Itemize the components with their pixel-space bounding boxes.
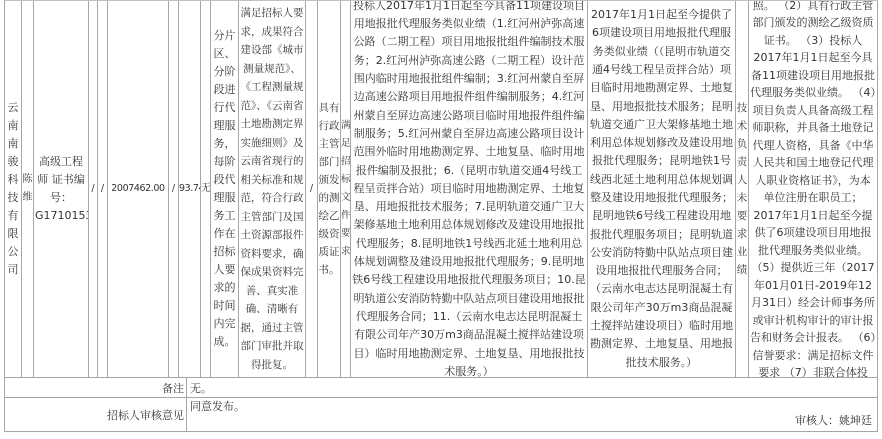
leader-performance-cell: 2017年1月1日起至今提供了6项建设项目用地报批代理服务类似业绩（（昆明市轨道… (588, 1, 736, 377)
bid-price: 2007462.00 (108, 180, 168, 198)
project-leader-name: 陈维 (22, 171, 33, 207)
review-opinion-label-cell: 招标人审核意见 (5, 398, 187, 431)
score-cell: 93.74 (179, 1, 201, 377)
bid-review-table: 云南南骏科技有限公司 陈维 高级工程师 证书编号：G1710153 / / 20… (4, 0, 878, 432)
quality-commitment-cell: 满足招标人要求，成果符合建设部《城市测量规范》、《工程测量规范》、《云南省土地勘… (239, 1, 306, 377)
remark-row: 备注 无。 (5, 378, 877, 398)
remark-label-cell: 备注 (5, 378, 187, 397)
review-opinion-text: 同意发布。 (190, 399, 245, 414)
field-4-cell: / (89, 1, 98, 377)
tech-lead-note-cell: 技术负责人未要求业绩 (736, 1, 749, 377)
field-4-value: / (89, 180, 97, 198)
review-opinion-value-cell: 同意发布。 审核人：姚坤廷 (187, 398, 877, 431)
project-leader-cell: 陈维 (22, 1, 34, 377)
quality-commitment-text: 满足招标人要求，成果符合建设部《城市测量规范》、《工程测量规范》、《云南省土地勘… (240, 4, 304, 374)
bid-price-cell: 2007462.00 (108, 1, 169, 377)
leader-cert-cell: 高级工程师 证书编号：G1710153 (34, 1, 89, 377)
bidder-data-row: 云南南骏科技有限公司 陈维 高级工程师 证书编号：G1710153 / / 20… (5, 1, 877, 378)
field-12-value: / (306, 180, 317, 198)
tech-lead-note-text: 技术负责人未要求业绩 (736, 99, 748, 279)
field-7-cell: / (169, 1, 179, 377)
review-checklist-cell: （1）具备有效营业执照。 （2）具有行政主管部门颁发的测绘乙级资质证书。 （3）… (749, 1, 877, 377)
tender-doc-requirement-cell: 满足招标文件要求 (341, 1, 351, 377)
service-plan-text: 分片区、分阶段进行代理服务，每阶段代理服务工作在招标人要求的时间内完成。 (212, 27, 237, 351)
bidder-performance-cell: 投标人2017年1月1日起至今具备11项建设项目用地报批代理服务类似业绩（1.红… (351, 1, 588, 377)
remark-value-cell: 无。 (187, 378, 877, 397)
field-9-value: 无 (201, 180, 210, 198)
leader-title-and-cert: 高级工程师 证书编号：G1710153 (35, 153, 87, 225)
field-5-value: / (98, 180, 107, 198)
bidder-name-cell: 云南南骏科技有限公司 (5, 1, 22, 377)
service-plan-cell: 分片区、分阶段进行代理服务，每阶段代理服务工作在招标人要求的时间内完成。 (211, 1, 239, 377)
field-12-cell: / (306, 1, 318, 377)
leader-performance-text: 2017年1月1日起至今提供了6项建设项目用地报批代理服务类似业绩（（昆明市轨道… (589, 6, 734, 372)
page: 云南南骏科技有限公司 陈维 高级工程师 证书编号：G1710153 / / 20… (0, 0, 882, 439)
score-value: 93.74 (179, 180, 200, 198)
bidder-name: 云南南骏科技有限公司 (6, 99, 20, 279)
review-opinion-row: 招标人审核意见 同意发布。 审核人：姚坤廷 (5, 398, 877, 431)
review-opinion-label: 招标人审核意见 (107, 407, 184, 423)
review-checklist-text: （1）具备有效营业执照。 （2）具有行政主管部门颁发的测绘乙级资质证书。 （3）… (750, 1, 876, 377)
qualification-text: 具有行政主管部门颁发的测绘乙级资质证书。 (318, 99, 340, 279)
reviewer-signature: 审核人：姚坤廷 (795, 414, 872, 427)
tender-doc-requirement-text: 满足招标文件要求 (341, 117, 350, 261)
remark-label: 备注 (162, 380, 184, 396)
qualification-cell: 具有行政主管部门颁发的测绘乙级资质证书。 (318, 1, 341, 377)
field-5-cell: / (98, 1, 108, 377)
bidder-performance-text: 投标人2017年1月1日起至今具备11项建设项目用地报批代理服务类似业绩（1.红… (352, 1, 586, 377)
field-9-cell: 无 (201, 1, 211, 377)
field-7-value: / (169, 180, 178, 198)
remark-value: 无。 (190, 380, 212, 396)
